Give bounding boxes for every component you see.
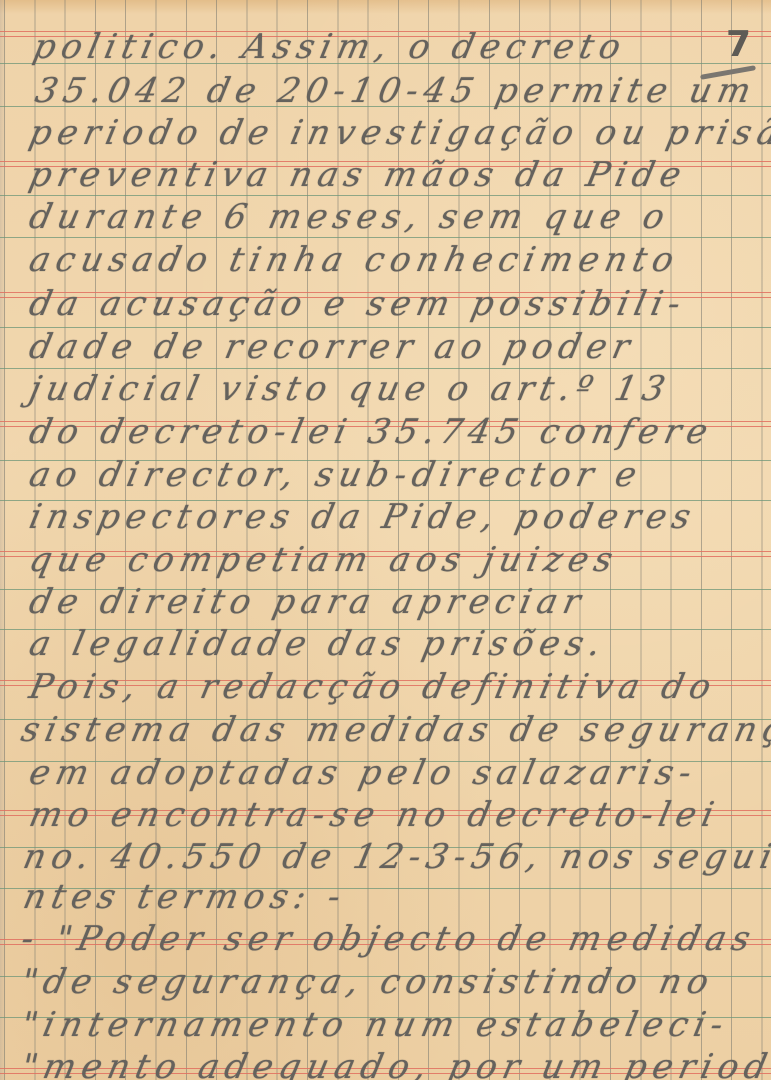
notebook-page: 7 politico. Assim, o decreto 35.042 de 2… — [0, 0, 771, 1080]
handwritten-line: a legalidade das prisões. — [26, 627, 609, 661]
handwritten-line: judicial visto que o art.º 13 — [26, 372, 674, 406]
handwritten-line: da acusação e sem possibili- — [26, 287, 689, 321]
handwritten-line: "mento adequado, por um periodo — [18, 1050, 771, 1080]
handwritten-line: em adoptadas pelo salazaris- — [26, 756, 700, 790]
page-number: 7 — [726, 24, 751, 65]
handwritten-line: 35.042 de 20-10-45 permite um — [32, 74, 759, 108]
handwritten-line: ntes termos: - — [20, 880, 349, 914]
handwritten-line: mo encontra-se no decreto-lei — [26, 798, 722, 832]
handwritten-line: do decreto-lei 35.745 confere — [26, 415, 716, 449]
handwritten-line: no. 40.550 de 12-3-56, nos segui- — [20, 840, 771, 874]
grid-line — [0, 237, 771, 238]
handwritten-line: que competiam aos juizes — [26, 543, 621, 577]
handwritten-line: dade de recorrer ao poder — [26, 330, 638, 364]
grid-line — [0, 195, 771, 196]
handwritten-line: Pois, a redacção definitiva do — [26, 670, 719, 704]
handwritten-line: preventiva nas mãos da Pide — [26, 158, 690, 192]
handwritten-line: de direito para apreciar — [26, 585, 589, 619]
handwritten-line: "de segurança, consistindo no — [18, 965, 717, 999]
handwritten-line: acusado tinha conhecimento — [26, 243, 682, 277]
handwritten-line: politico. Assim, o decreto — [30, 30, 629, 64]
handwritten-line: - "Poder ser objecto de medidas — [18, 922, 759, 956]
handwritten-line: "internamento num estabeleci- — [18, 1008, 732, 1042]
handwritten-line: durante 6 meses, sem que o — [26, 200, 673, 234]
handwritten-line: sistema das medidas de segurança — [18, 713, 771, 747]
handwritten-line: periodo de investigação ou prisão — [26, 116, 771, 150]
handwritten-line: ao director, sub-director e — [26, 458, 645, 492]
handwritten-line: inspectores da Pide, poderes — [26, 500, 699, 534]
